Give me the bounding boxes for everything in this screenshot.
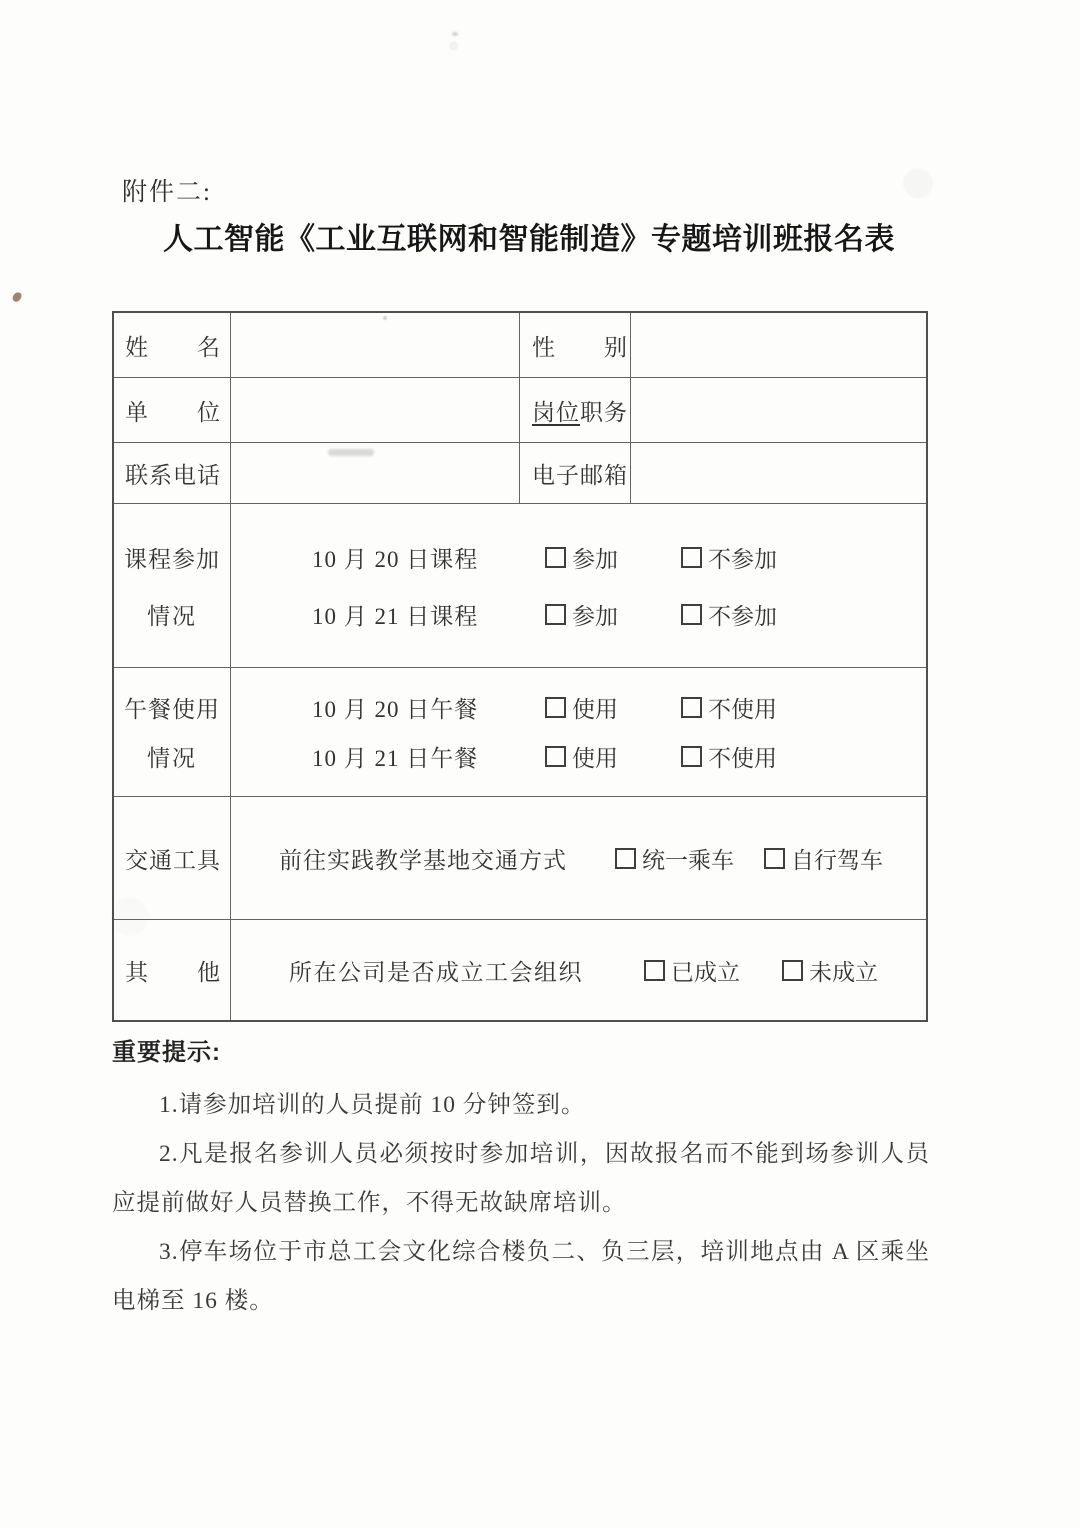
gender-label: 性 别 [520,313,631,378]
course-option-row-oct20: 10 月 20 日课程 参加 不参加 [231,541,926,574]
course-label-line1: 课程参加 [124,541,220,574]
option-label: 使用 [572,691,618,724]
lunch-section-label: 午餐使用 情况 [114,668,231,797]
course-oct21-not-attend-option: 不参加 [681,598,777,631]
position-label-underlined: 岗位 [532,394,580,427]
lunch-oct21-not-use-option: 不使用 [681,740,777,773]
option-label: 统一乘车 [642,842,734,875]
important-notes: 重要提示: 1.请参加培训的人员提前 10 分钟签到。 2.凡是报名参训人员必须… [112,1032,930,1326]
lunch-item-oct21: 10 月 21 日午餐 [312,740,545,773]
position-label-rest: 职务 [580,394,628,427]
lunch-label-line1: 午餐使用 [124,691,220,724]
scan-speck [452,32,458,36]
page-title: 人工智能《工业互联网和智能制造》专题培训班报名表 [0,214,1058,258]
option-label: 参加 [572,598,618,631]
transport-self-drive-option: 自行驾车 [764,842,883,875]
course-oct20-not-attend-option: 不参加 [681,541,777,574]
unit-label: 单 位 [114,378,231,443]
checkbox-union-established[interactable] [644,960,665,981]
course-item-oct21: 10 月 21 日课程 [312,598,545,631]
option-label: 不使用 [708,740,777,773]
registration-table: 姓 名 性 别 单 位 岗位职务 联系电话 电子邮箱 课程参加 情况 10 月 … [112,311,928,1022]
attachment-label: 附件二: [122,172,212,208]
course-oct20-attend-option: 参加 [545,541,681,574]
transport-options-cell: 前往实践教学基地交通方式 统一乘车 自行驾车 [231,797,926,920]
checkbox-course-oct20-attend[interactable] [545,547,566,568]
email-input-cell[interactable] [631,443,926,504]
transport-item: 前往实践教学基地交通方式 [279,842,615,875]
transport-shuttle-option: 统一乘车 [615,842,764,875]
checkbox-transport-shuttle[interactable] [615,848,636,869]
course-option-row-oct21: 10 月 21 日课程 参加 不参加 [231,598,926,631]
scan-speck [11,291,22,303]
option-label: 自行驾车 [791,842,883,875]
option-label: 未成立 [809,954,878,987]
option-label: 不使用 [708,691,777,724]
checkbox-lunch-oct20-not-use[interactable] [681,697,702,718]
note-item-1: 1.请参加培训的人员提前 10 分钟签到。 [112,1081,930,1130]
lunch-oct20-use-option: 使用 [545,691,681,724]
name-label: 姓 名 [114,313,231,378]
checkbox-course-oct21-not-attend[interactable] [681,604,702,625]
checkbox-lunch-oct21-not-use[interactable] [681,746,702,767]
lunch-oct20-not-use-option: 不使用 [681,691,777,724]
lunch-oct21-use-option: 使用 [545,740,681,773]
course-options-cell: 10 月 20 日课程 参加 不参加 10 月 21 日课程 参加 不参加 [231,504,926,668]
lunch-option-row-oct20: 10 月 20 日午餐 使用 不使用 [231,691,926,724]
union-item: 所在公司是否成立工会组织 [289,954,644,987]
name-input-cell[interactable] [231,313,520,378]
other-section-label: 其 他 [114,920,231,1020]
course-section-label: 课程参加 情况 [114,504,231,668]
notes-heading: 重要提示: [112,1032,930,1067]
course-item-oct20: 10 月 20 日课程 [312,541,545,574]
course-label-line2: 情况 [147,598,197,631]
unit-input-cell[interactable] [231,378,520,443]
lunch-options-cell: 10 月 20 日午餐 使用 不使用 10 月 21 日午餐 使用 不使用 [231,668,926,797]
gender-input-cell[interactable] [631,313,926,378]
note-item-2: 2.凡是报名参训人员必须按时参加培训，因故报名而不能到场参训人员应提前做好人员替… [112,1130,930,1228]
checkbox-transport-self-drive[interactable] [764,848,785,869]
checkbox-lunch-oct21-use[interactable] [545,746,566,767]
checkbox-course-oct20-not-attend[interactable] [681,547,702,568]
phone-input-cell[interactable] [231,443,520,504]
phone-label: 联系电话 [114,443,231,504]
note-item-3: 3.停车场位于市总工会文化综合楼负二、负三层，培训地点由 A 区乘坐电梯至 16… [112,1228,930,1326]
option-label: 使用 [572,740,618,773]
document-page: 附件二: 人工智能《工业互联网和智能制造》专题培训班报名表 姓 名 性 别 单 … [0,0,1080,1528]
checkbox-union-not-established[interactable] [782,960,803,981]
option-label: 参加 [572,541,618,574]
lunch-option-row-oct21: 10 月 21 日午餐 使用 不使用 [231,740,926,773]
other-options-cell: 所在公司是否成立工会组织 已成立 未成立 [231,920,926,1020]
checkbox-course-oct21-attend[interactable] [545,604,566,625]
union-not-established-option: 未成立 [782,954,878,987]
lunch-label-line2: 情况 [147,740,197,773]
course-oct21-attend-option: 参加 [545,598,681,631]
union-established-option: 已成立 [644,954,782,987]
email-label: 电子邮箱 [520,443,631,504]
option-label: 不参加 [708,541,777,574]
option-label: 已成立 [671,954,740,987]
checkbox-lunch-oct20-use[interactable] [545,697,566,718]
position-input-cell[interactable] [631,378,926,443]
lunch-item-oct20: 10 月 20 日午餐 [312,691,545,724]
option-label: 不参加 [708,598,777,631]
position-label: 岗位职务 [520,378,631,443]
transport-section-label: 交通工具 [114,797,231,920]
